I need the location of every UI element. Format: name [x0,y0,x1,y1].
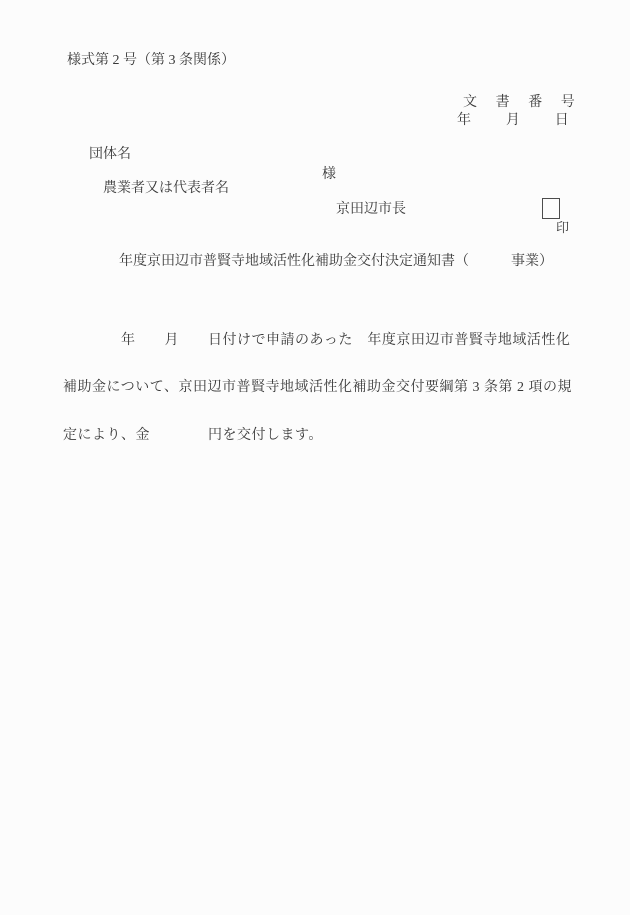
mayor-title-label: 京田辺市長 [336,203,406,217]
seal-stamp-box: 印 [542,198,560,219]
body-line-3: 定により、金 円を交付します。 [63,426,572,445]
body-line-2: 補助金について、京田辺市普賢寺地域活性化補助金交付要綱第 3 条第 2 項の規 [63,378,572,397]
document-number-placeholder: 文 書 番 号 [463,96,577,110]
notice-title: 年度京田辺市普賢寺地域活性化補助金交付決定通知書（ 事業） [63,255,553,269]
form-number-label: 様式第 2 号（第 3 条関係） [67,54,235,68]
representative-name-label: 農業者又は代表者名 [103,181,229,196]
document-page: 様式第 2 号（第 3 条関係） 文 書 番 号 年 月 日 団体名 農業者又は… [0,0,630,915]
seal-stamp-kanji: 印 [556,220,569,235]
honorific-sama: 様 [322,168,336,182]
representative-line: 農業者又は代表者名 様 [89,168,489,224]
body-paragraph: 年 月 日付けで申請のあった 年度京田辺市普賢寺地域活性化 補助金について、京田… [63,303,572,473]
organization-name-label: 団体名 [89,148,131,162]
document-date-placeholder: 年 月 日 [457,114,571,128]
body-line-1: 年 月 日付けで申請のあった 年度京田辺市普賢寺地域活性化 [63,331,572,350]
